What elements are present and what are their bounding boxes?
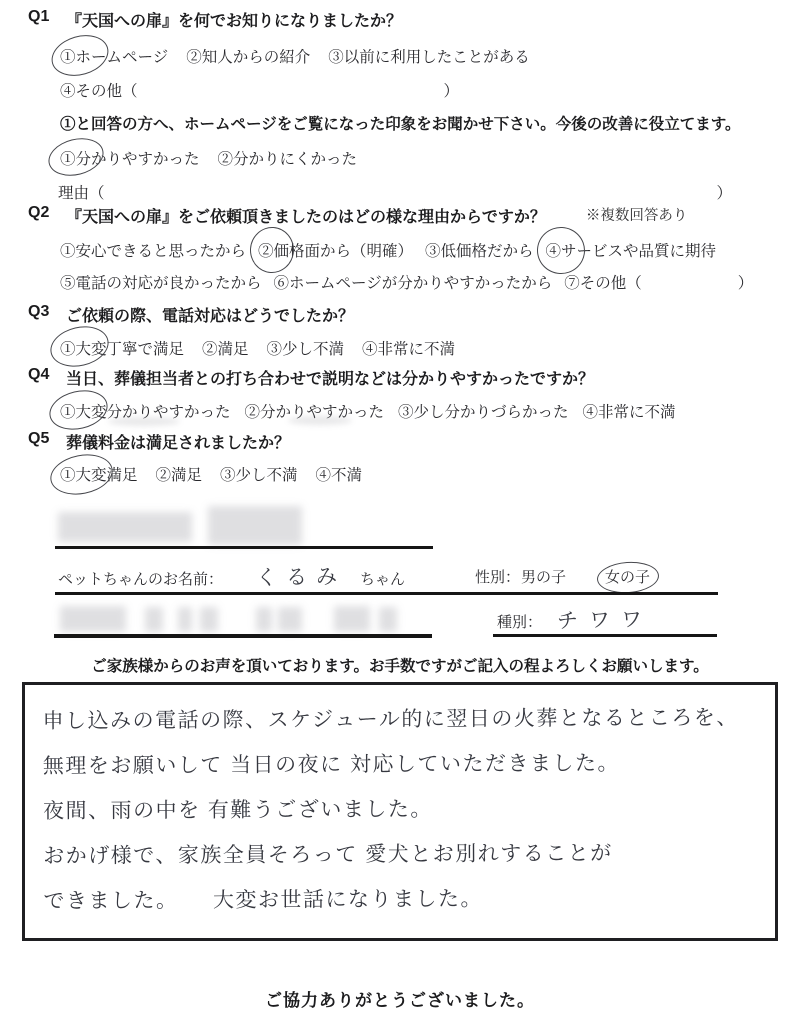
- q2-option-1: ①安心できると思ったから: [60, 239, 246, 261]
- q1-number: Q1: [28, 8, 52, 31]
- gender-option-female: 女の子: [605, 566, 650, 587]
- comment-line-1: 申し込みの電話の際、スケジュール的に翌日の火葬となるところを、: [42, 695, 760, 744]
- blank-space: [654, 271, 726, 293]
- q5-option-1: ①大変満足: [60, 463, 138, 485]
- q1-followup-reason-row: 理由（ ）: [58, 181, 732, 203]
- q1-options-row: ①ホームページ ②知人からの紹介 ③以前に利用したことがある: [60, 45, 530, 67]
- gender-option-male: 男の子: [521, 566, 566, 587]
- selection-circle-q2-option2: [248, 226, 295, 275]
- q5-options-row: ①大変満足 ②満足 ③少し不満 ④不満: [60, 463, 362, 485]
- gender-label: 性別：: [475, 566, 520, 587]
- q2-number: Q2: [28, 204, 52, 227]
- q1-followup-intro: ①と回答の方へ、ホームページをご覧になった印象をお聞かせ下さい。今後の改善に役立…: [60, 112, 740, 134]
- species-line: [493, 634, 717, 637]
- q4-option-3: ③少し分かりづらかった: [398, 400, 569, 422]
- q2-option-2: ②価格面から（明確）: [258, 239, 413, 261]
- comment-line-2: 無理をお願いして 当日の夜に 対応していただきました。: [43, 740, 761, 789]
- selection-circle-q4: [45, 385, 111, 435]
- q1-followup-option-2: ②分かりにくかった: [218, 147, 358, 169]
- q3-number: Q3: [28, 303, 52, 326]
- handwritten-comment: 申し込みの電話の際、スケジュール的に翌日の火葬となるところを、 無理をお願いして…: [24, 683, 775, 924]
- redacted-line: [54, 634, 432, 638]
- scan-smudge: [288, 416, 352, 425]
- q1-title-text: 『天国への扉』を何でお知りになりましたか？: [66, 8, 402, 31]
- redacted-blob: [379, 607, 397, 632]
- q5-option-4: ④不満: [316, 463, 363, 485]
- comment-prompt: ご家族様からのお声を頂いております。お手数ですがご記入の程よろしくお願いします。: [0, 654, 800, 676]
- q1-option-other: ④その他（: [60, 79, 138, 101]
- q2-title-text: 『天国への扉』をご依頼頂きましたのはどの様な理由からですか？: [66, 204, 546, 227]
- redacted-blob: [60, 606, 126, 632]
- reason-close-paren: ）: [717, 181, 733, 203]
- question-q2-title: Q2 『天国への扉』をご依頼頂きましたのはどの様な理由からですか？ ※複数回答あ…: [28, 204, 687, 227]
- redacted-blob: [256, 607, 272, 632]
- pet-name-suffix: ちゃん: [360, 568, 405, 589]
- question-q1-title: Q1 『天国への扉』を何でお知りになりましたか？: [28, 8, 402, 31]
- q1-option-3: ③以前に利用したことがある: [328, 45, 530, 67]
- pet-name-value-handwritten: くるみ: [256, 560, 347, 592]
- q2-option-7: ⑦その他（: [564, 271, 642, 293]
- q4-option-4: ④非常に不満: [583, 400, 676, 422]
- q1-followup-options-row: ①分かりやすかった ②分かりにくかった: [60, 147, 357, 169]
- q2-options-row1: ①安心できると思ったから ②価格面から（明確） ③低価格だから ④サービスや品質…: [60, 239, 716, 261]
- q1-other-close-paren: ）: [444, 79, 460, 101]
- redacted-blob: [58, 512, 192, 542]
- q5-option-2: ②満足: [156, 463, 203, 485]
- redacted-blob: [178, 607, 192, 632]
- q3-option-1: ①大変丁寧で満足: [60, 337, 184, 359]
- pet-info-line: [55, 592, 718, 595]
- selection-circle-q1-followup: [44, 133, 107, 181]
- selection-circle-gender: [596, 560, 660, 595]
- q2-option-5: ⑤電話の対応が良かったから: [60, 271, 262, 293]
- blank-space: [138, 79, 444, 101]
- q5-number: Q5: [28, 430, 52, 453]
- species-label: 種別：: [497, 611, 542, 632]
- q3-option-2: ②満足: [202, 337, 249, 359]
- comment-line-4: おかげ様で、家族全員そろって 愛犬とお別れすることが: [43, 830, 761, 879]
- comment-line-5: できました。 大変お世話になりました。: [43, 875, 761, 924]
- signature-line: [55, 546, 433, 549]
- q1-other-row: ④その他（ ）: [60, 79, 459, 101]
- selection-circle-q2-option4: [535, 226, 585, 275]
- q2-option-3: ③低価格だから: [425, 239, 534, 261]
- redacted-blob: [200, 607, 218, 632]
- comment-box: 申し込みの電話の際、スケジュール的に翌日の火葬となるところを、 無理をお願いして…: [22, 682, 778, 941]
- redacted-blob: [334, 606, 370, 632]
- selection-circle-q5: [47, 449, 116, 499]
- q1-followup-option-1: ①分かりやすかった: [60, 147, 200, 169]
- q3-options-row: ①大変丁寧で満足 ②満足 ③少し不満 ④非常に不満: [60, 337, 455, 359]
- q4-number: Q4: [28, 366, 52, 389]
- question-q3-title: Q3 ご依頼の際、電話対応はどうでしたか？: [28, 303, 354, 326]
- species-value-handwritten: チワワ: [557, 603, 654, 635]
- q5-title-text: 葬儀料金は満足されましたか？: [66, 430, 290, 453]
- q5-option-3: ③少し不満: [220, 463, 298, 485]
- comment-line-3: 夜間、雨の中を 有難うございました。: [43, 785, 761, 834]
- q1-option-2: ②知人からの紹介: [186, 45, 310, 67]
- selection-circle-q1: [47, 29, 114, 82]
- q2-options-row2: ⑤電話の対応が良かったから ⑥ホームページが分かりやすかったから ⑦その他（ ）: [60, 271, 753, 293]
- redacted-blob: [145, 607, 163, 632]
- reason-label: 理由（: [58, 181, 105, 203]
- q4-title-text: 当日、葬儀担当者との打ち合わせで説明などは分かりやすかったですか？: [66, 366, 594, 389]
- q3-option-3: ③少し不満: [267, 337, 345, 359]
- blank-space: [105, 181, 717, 203]
- q1-option-1: ①ホームページ: [60, 45, 168, 67]
- scan-smudge: [108, 417, 180, 426]
- q2-other-close-paren: ）: [738, 271, 754, 293]
- redacted-blob: [278, 607, 302, 632]
- q2-option-4: ④サービスや品質に期待: [546, 239, 717, 261]
- footer-thanks: ご協力ありがとうございました。: [0, 986, 800, 1011]
- selection-circle-q3: [46, 321, 112, 372]
- question-q4-title: Q4 当日、葬儀担当者との打ち合わせで説明などは分かりやすかったですか？: [28, 366, 594, 389]
- q3-title-text: ご依頼の際、電話対応はどうでしたか？: [66, 303, 354, 326]
- question-q5-title: Q5 葬儀料金は満足されましたか？: [28, 430, 290, 453]
- q3-option-4: ④非常に不満: [362, 337, 455, 359]
- pet-name-label: ペットちゃんのお名前：: [58, 568, 223, 589]
- q2-note: ※複数回答あり: [586, 204, 688, 227]
- q2-option-6: ⑥ホームページが分かりやすかったから: [274, 271, 553, 293]
- redacted-blob: [208, 506, 302, 545]
